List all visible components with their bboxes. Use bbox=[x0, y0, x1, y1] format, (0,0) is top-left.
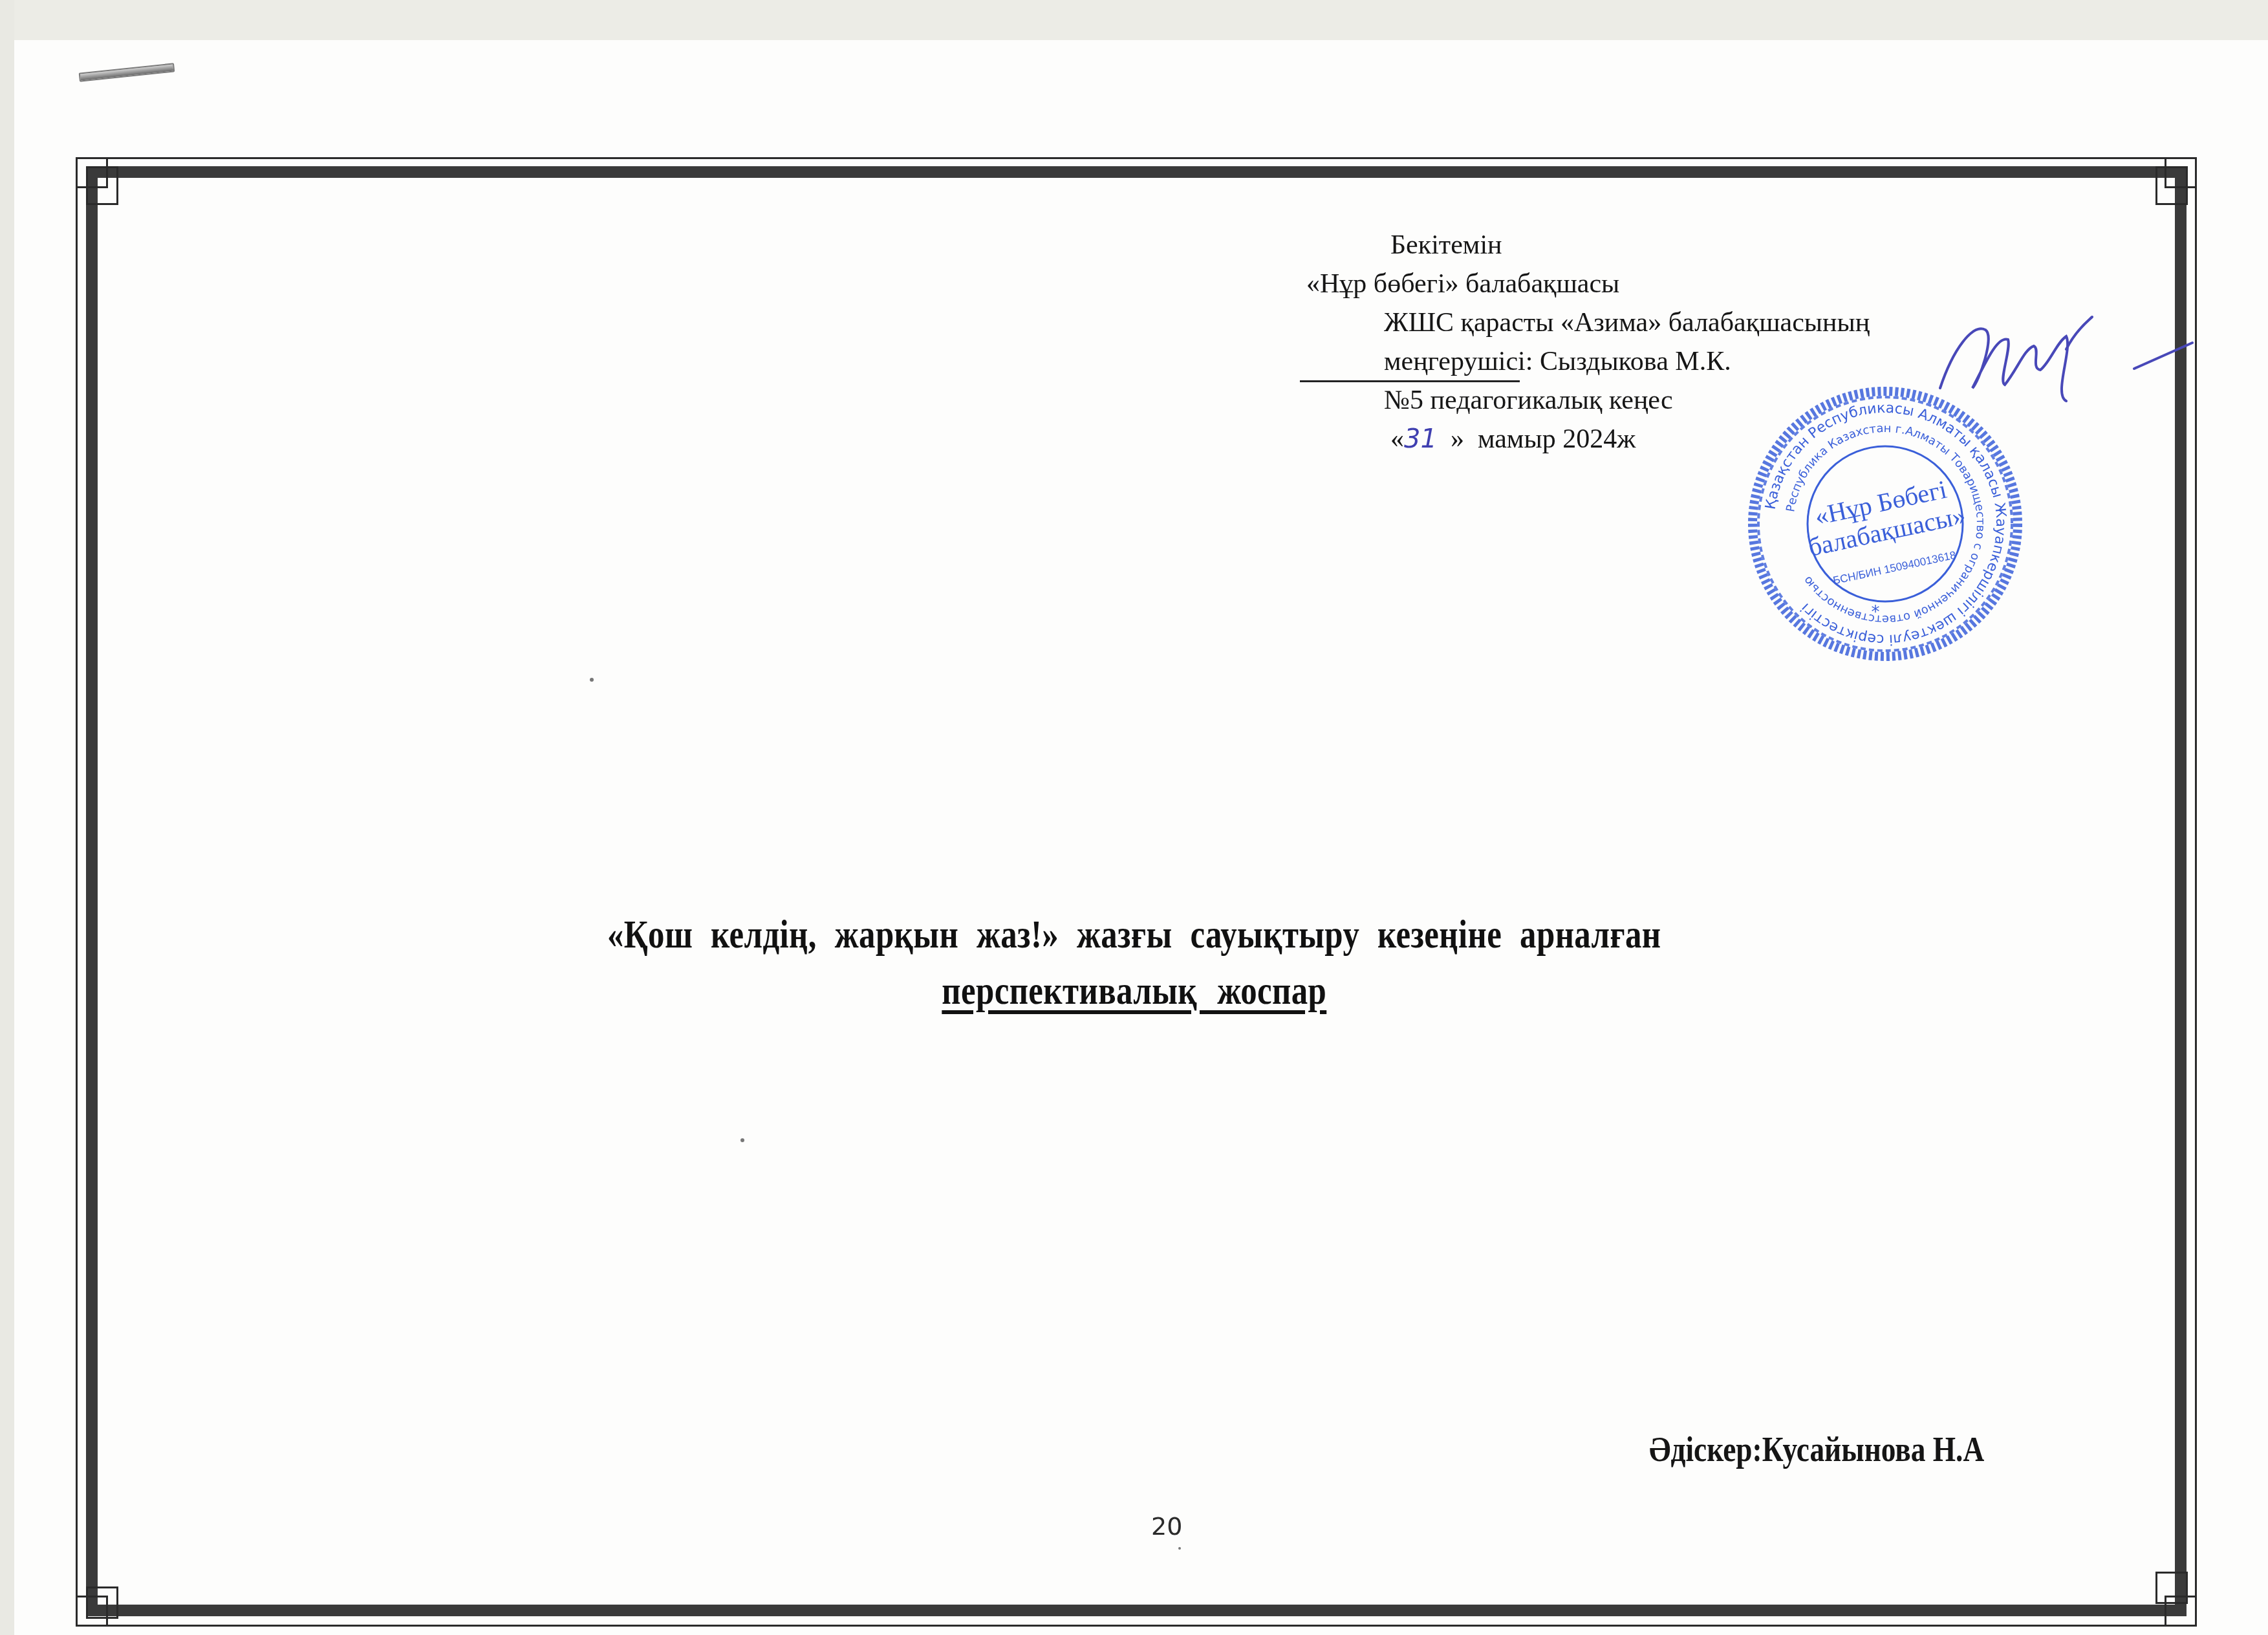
border-corner-ornament bbox=[2155, 1572, 2188, 1604]
approval-head-name: меңгерушісі: Сыздыкова М.К. bbox=[1384, 343, 1731, 381]
document-title-line1: «Қош келдің, жарқын жаз!» жазғы сауықтыр… bbox=[204, 912, 2064, 958]
page-number: 20 bbox=[1151, 1512, 1182, 1541]
handwritten-signature bbox=[1927, 310, 2199, 407]
approval-organization: «Нұр бөбегі» балабақшасы bbox=[1306, 265, 1619, 303]
approval-council: №5 педагогикалық кеңес bbox=[1384, 382, 1673, 420]
scan-background-left bbox=[0, 0, 14, 1635]
border-corner-ornament bbox=[2155, 166, 2188, 205]
stamp-star-icon: * bbox=[1872, 603, 1880, 622]
signature-line bbox=[1300, 380, 1520, 382]
scan-speck bbox=[1178, 1547, 1181, 1550]
scan-speck bbox=[740, 1138, 744, 1142]
date-open-quote: « bbox=[1390, 424, 1404, 454]
methodist-signature-line: Әдіскер:Кусайынова Н.А bbox=[1649, 1429, 1984, 1469]
approval-heading: Бекітемін bbox=[1390, 226, 1502, 265]
scan-background-top bbox=[0, 0, 2268, 40]
scan-speck bbox=[590, 678, 594, 682]
page-border-thick bbox=[86, 166, 2187, 1616]
approval-date: «31 » мамыр 2024ж bbox=[1390, 420, 1636, 459]
document-title-line2: перспективалық жоспар bbox=[204, 968, 2064, 1014]
date-close-quote: » bbox=[1451, 424, 1464, 454]
border-corner-ornament bbox=[86, 1586, 118, 1619]
document-subtitle-underlined: перспективалық жоспар bbox=[942, 969, 1326, 1013]
border-corner-ornament bbox=[86, 166, 118, 205]
official-stamp: Қазақстан Республикасы Алматы қаласы Жау… bbox=[1746, 385, 2024, 663]
approval-sub-organization: ЖШС қарасты «Азима» балабақшасының bbox=[1384, 304, 1870, 342]
date-month-year: мамыр 2024ж bbox=[1478, 424, 1636, 454]
date-day-handwritten: 31 bbox=[1404, 424, 1437, 454]
